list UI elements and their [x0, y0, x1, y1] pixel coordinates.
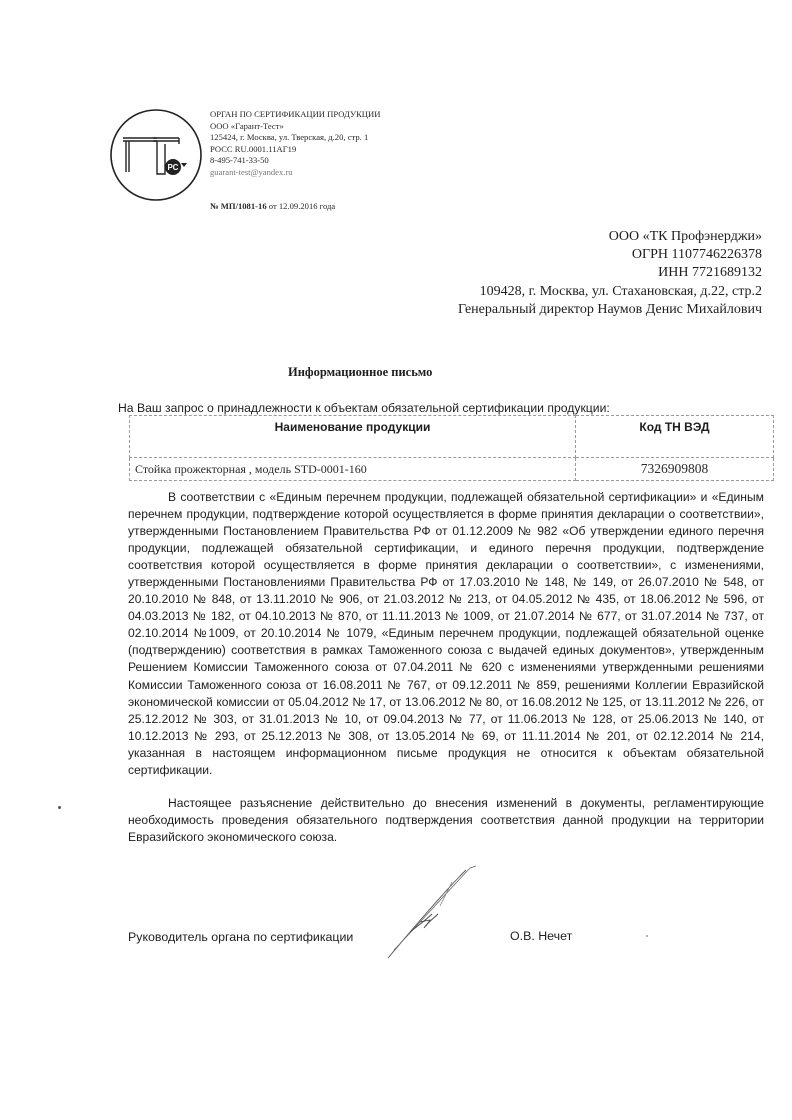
body-paragraph-2-text: Настоящее разъяснение действительно до в…: [128, 795, 764, 846]
addressee-block: ООО «ТК Профэнерджи» ОГРН 1107746226378 …: [458, 228, 762, 319]
header-product-name: Наименование продукции: [130, 416, 576, 458]
addressee-ogrn: ОГРН 1107746226378: [458, 246, 762, 264]
intro-text: На Ваш запрос о принадлежности к объекта…: [118, 401, 610, 415]
table-header-row: Наименование продукции Код ТН ВЭД: [130, 416, 774, 458]
letter-title: Информационное письмо: [288, 365, 432, 380]
signatory-name: О.В. Нечет: [510, 929, 572, 943]
org-line-name: ООО «Гарант-Тест»: [210, 121, 380, 133]
org-line-address: 125424, г. Москва, ул. Тверская, д.20, с…: [210, 132, 380, 144]
org-line-accreditation: РОСС RU.0001.11АГ19: [210, 144, 380, 156]
addressee-address: 109428, г. Москва, ул. Стахановская, д.2…: [458, 283, 762, 301]
scan-speck: [58, 806, 61, 809]
gt-certification-logo-icon: РС: [109, 108, 203, 202]
document-number-value: № МП/1081-16: [210, 201, 267, 211]
document-number: № МП/1081-16 от 12.09.2016 года: [210, 201, 335, 211]
handwritten-signature-icon: [380, 862, 500, 962]
addressee-company: ООО «ТК Профэнерджи»: [458, 228, 762, 246]
org-line-title: ОРГАН ПО СЕРТИФИКАЦИИ ПРОДУКЦИИ: [210, 109, 380, 121]
addressee-inn: ИНН 7721689132: [458, 264, 762, 282]
body-paragraph-1-text: В соответствии с «Единым перечнем продук…: [128, 489, 764, 779]
product-table: Наименование продукции Код ТН ВЭД Стойка…: [129, 415, 774, 481]
cell-tn-ved-code: 7326909808: [576, 458, 774, 481]
scan-speck: [646, 935, 648, 937]
cell-product-name: Стойка прожекторная , модель STD-0001-16…: [130, 458, 576, 481]
body-paragraph-2: Настоящее разъяснение действительно до в…: [128, 795, 764, 846]
document-date: от 12.09.2016 года: [267, 201, 336, 211]
svg-text:РС: РС: [168, 163, 179, 172]
header-tn-ved-code: Код ТН ВЭД: [576, 416, 774, 458]
body-paragraph-1: В соответствии с «Единым перечнем продук…: [128, 489, 764, 779]
org-details: ОРГАН ПО СЕРТИФИКАЦИИ ПРОДУКЦИИ ООО «Гар…: [210, 109, 380, 178]
addressee-director: Генеральный директор Наумов Денис Михайл…: [458, 301, 762, 319]
org-line-phone: 8-495-741-33-50: [210, 155, 380, 167]
org-line-email[interactable]: guarant-test@yandex.ru: [210, 167, 380, 179]
signatory-position: Руководитель органа по сертификации: [128, 930, 353, 944]
table-row: Стойка прожекторная , модель STD-0001-16…: [130, 458, 774, 481]
